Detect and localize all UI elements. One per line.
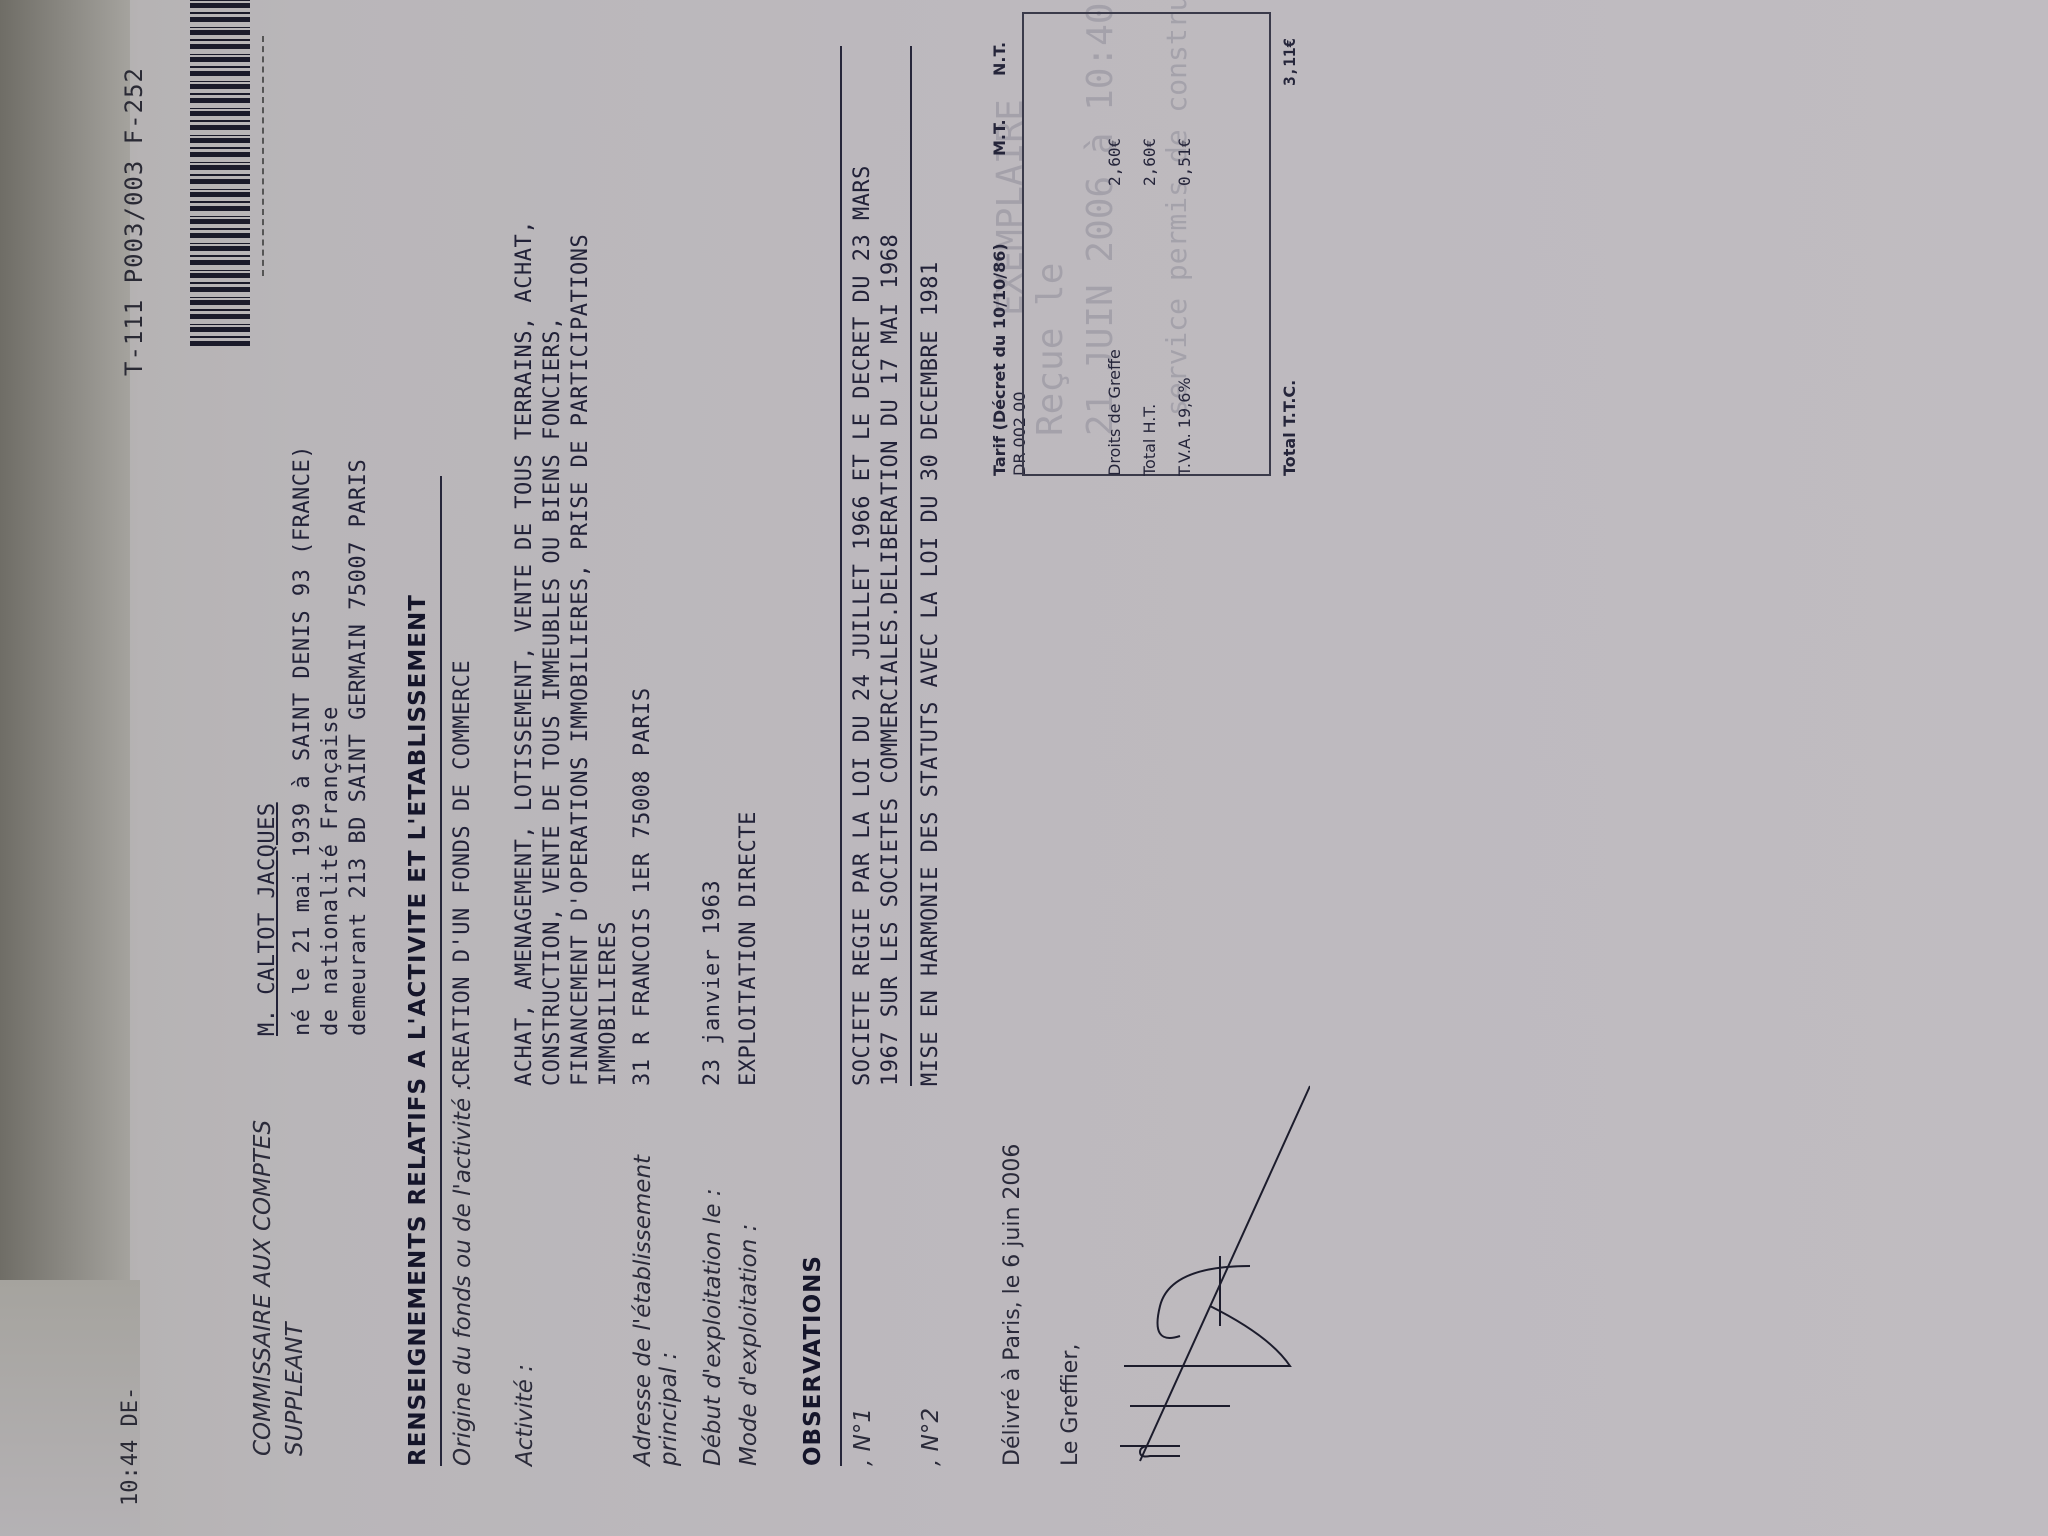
dotted-line bbox=[262, 36, 264, 276]
observation-number-1: , N°1 bbox=[850, 1408, 876, 1466]
observation-rule bbox=[910, 46, 912, 1086]
commissaire-birth: né le 21 mai 1939 à SAINT DENIS 93 (FRAN… bbox=[290, 445, 315, 1036]
signatory: Le Greffier, bbox=[1058, 1344, 1083, 1466]
tarif-row-amount: 2,60€ bbox=[1140, 138, 1159, 186]
signature bbox=[1110, 1066, 1310, 1466]
commissaire-nationality: de nationalité Française bbox=[318, 706, 343, 1036]
field-label-mode: Mode d'exploitation : bbox=[736, 1224, 762, 1466]
field-value-activite-3: FINANCEMENT D'OPERATIONS IMMOBILIERES, P… bbox=[568, 234, 593, 1086]
observation-2-line-1: MISE EN HARMONIE DES STATUTS AVEC LA LOI… bbox=[918, 261, 943, 1086]
commissaire-address: demeurant 213 BD SAINT GERMAIN 75007 PAR… bbox=[346, 459, 371, 1036]
tarif-row-amount: 0,51€ bbox=[1175, 138, 1194, 186]
activity-section-title: RENSEIGNEMENTS RELATIFS A L'ACTIVITE ET … bbox=[405, 594, 431, 1466]
barcode bbox=[190, 0, 250, 346]
tarif-title: Tarif (Décret du 10/10/86) bbox=[990, 243, 1009, 476]
observations-title: OBSERVATIONS bbox=[800, 1255, 826, 1466]
field-value-activite-4: IMMOBILIERES bbox=[596, 921, 621, 1086]
field-label-adresse: Adresse de l'établissement principal : bbox=[630, 1136, 682, 1466]
tarif-total-amount: 3,11€ bbox=[1280, 38, 1299, 86]
tarif-col-header: M.T. bbox=[990, 119, 1009, 156]
commissaire-label: COMMISSAIRE AUX COMPTES bbox=[250, 1120, 276, 1456]
commissaire-name: M. CALTOT JACQUES bbox=[255, 802, 280, 1036]
observation-number-2: , N°2 bbox=[918, 1408, 944, 1466]
field-value-activite-1: ACHAT, AMENAGEMENT, LOTISSEMENT, VENTE D… bbox=[512, 220, 537, 1086]
field-label-activite: Activité : bbox=[512, 1364, 538, 1466]
delivery-line: Délivré à Paris, le 6 juin 2006 bbox=[1000, 1144, 1025, 1466]
field-label-origine: Origine du fonds ou de l'activité : bbox=[450, 1083, 476, 1466]
field-value-activite-2: CONSTRUCTION, VENTE DE TOUS IMMEUBLES OU… bbox=[540, 316, 565, 1086]
section-rule bbox=[440, 476, 442, 1466]
tarif-row-label: Total H.T. bbox=[1140, 404, 1159, 476]
observation-1-line-1: SOCIETE REGIE PAR LA LOI DU 24 JUILLET 1… bbox=[850, 165, 875, 1086]
tarif-row-label: T.V.A. 19,6% bbox=[1175, 377, 1194, 476]
document-page: 10:44 DE- T-111 P003/003 F-252 COMMISSAI… bbox=[0, 0, 1900, 1536]
tarif-row-amount: 2,60€ bbox=[1105, 138, 1124, 186]
observation-1-line-2: 1967 SUR LES SOCIETES COMMERCIALES.DELIB… bbox=[878, 234, 903, 1086]
fax-code: T-111 P003/003 F-252 bbox=[120, 67, 148, 376]
field-label-debut: Début d'exploitation le : bbox=[700, 1188, 726, 1466]
commissaire-label-2: SUPPLEANT bbox=[282, 1322, 308, 1456]
field-value-adresse: 31 R FRANCOIS 1ER 75008 PARIS bbox=[630, 687, 655, 1086]
field-value-mode: EXPLOITATION DIRECTE bbox=[736, 811, 761, 1086]
observations-rule bbox=[840, 46, 842, 1466]
field-value-debut: 23 janvier 1963 bbox=[700, 880, 725, 1086]
fax-time: 10:44 DE- bbox=[118, 1387, 143, 1506]
field-value-origine: CREATION D'UN FONDS DE COMMERCE bbox=[450, 660, 475, 1086]
tarif-total-label: Total T.T.C. bbox=[1280, 380, 1299, 476]
tarif-row-label: Droits de Greffe bbox=[1105, 349, 1124, 476]
tarif-col-header-2: N.T. bbox=[990, 42, 1009, 76]
